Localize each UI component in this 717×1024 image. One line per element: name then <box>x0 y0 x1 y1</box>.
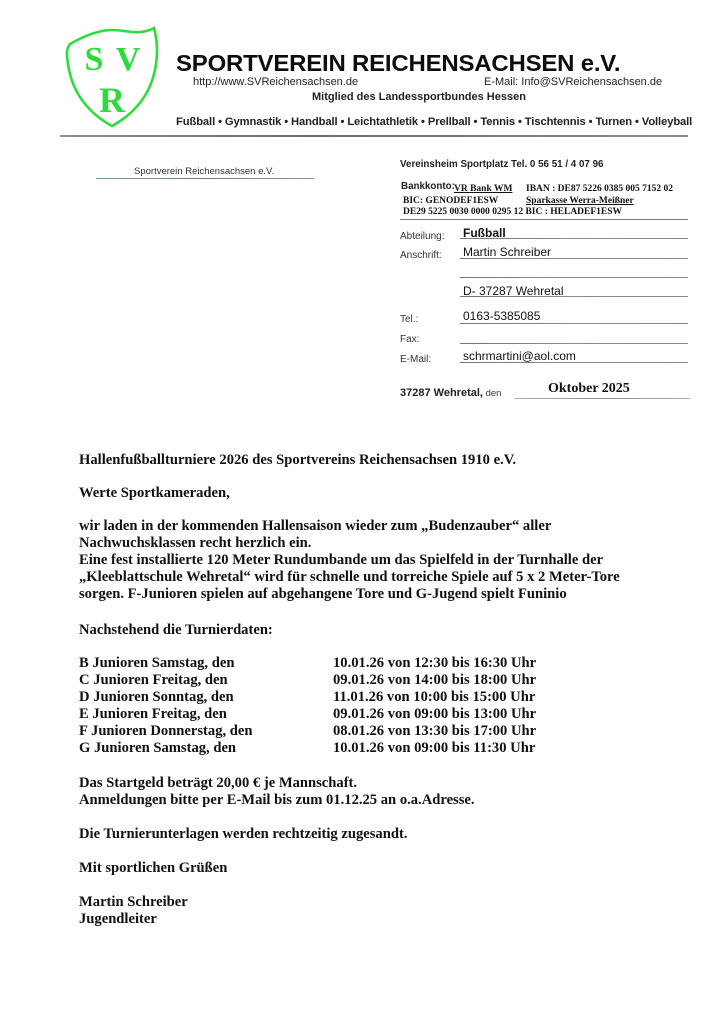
club-membership: Mitglied des Landessportbundes Hessen <box>312 91 526 103</box>
bank1-name: VR Bank WM <box>454 184 512 194</box>
closing: Mit sportlichen Grüßen <box>79 860 227 877</box>
schedule-team: C Junioren Freitag, den <box>79 672 228 689</box>
signature-title: Jugendleiter <box>79 911 157 928</box>
paragraph-line: „Kleeblattschule Wehretal“ wird für schn… <box>79 569 620 586</box>
fax-line <box>460 343 688 344</box>
schedule-time: 09.01.26 von 09:00 bis 13:00 Uhr <box>333 706 536 723</box>
department-label: Abteilung: <box>400 231 444 242</box>
bank-divider <box>400 219 688 220</box>
email-label: E-Mail: <box>400 354 431 365</box>
logo-letter-s: S <box>85 41 104 78</box>
phone-line <box>460 323 688 324</box>
email-value: schrmartini@aol.com <box>463 349 576 363</box>
documents-note: Die Turnierunterlagen werden rechtzeitig… <box>79 826 407 843</box>
signature-name: Martin Schreiber <box>79 894 188 911</box>
logo-letter-r: R <box>99 80 126 120</box>
address-label: Anschrift: <box>400 250 442 261</box>
address-line-1: Martin Schreiber <box>463 245 551 259</box>
bank-label: Bankkonto: <box>401 181 455 192</box>
club-website: http://www.SVReichensachsen.de <box>193 76 358 88</box>
header-divider <box>60 135 688 137</box>
registration-note: Anmeldungen bitte per E-Mail bis zum 01.… <box>79 792 475 809</box>
return-address-divider <box>96 178 314 179</box>
schedule-time: 08.01.26 von 13:30 bis 17:00 Uhr <box>333 723 536 740</box>
schedule-team: E Junioren Freitag, den <box>79 706 227 723</box>
bank1-iban: IBAN : DE87 5226 0385 005 7152 02 <box>526 184 673 194</box>
letter-date: Oktober 2025 <box>548 381 630 397</box>
bank2-iban-bic: DE29 5225 0030 0000 0295 12 BIC : HELADE… <box>403 207 622 217</box>
logo-letter-v: V <box>116 41 141 78</box>
paragraph-line: Nachwuchsklassen recht herzlich ein. <box>79 535 311 552</box>
fax-label: Fax: <box>400 334 419 345</box>
place: 37287 Wehretal, <box>400 387 483 399</box>
address-line-1-rule <box>460 258 688 259</box>
paragraph-line: Eine fest installierte 120 Meter Rundumb… <box>79 552 603 569</box>
clubhouse-phone: Vereinsheim Sportplatz Tel. 0 56 51 / 4 … <box>400 159 603 170</box>
schedule-time: 10.01.26 von 12:30 bis 16:30 Uhr <box>333 655 536 672</box>
phone-value: 0163-5385085 <box>463 309 540 323</box>
return-address: Sportverein Reichensachsen e.V. <box>134 166 274 177</box>
email-line <box>460 362 688 363</box>
department-line <box>460 238 688 239</box>
letter-salutation: Werte Sportkameraden, <box>79 485 230 502</box>
address-line-2-rule <box>460 277 688 278</box>
schedule-time: 11.01.26 von 10:00 bis 15:00 Uhr <box>333 689 535 706</box>
bank1-bic: BIC: GENODEF1ESW <box>403 196 498 206</box>
schedule-team: D Junioren Sonntag, den <box>79 689 234 706</box>
schedule-team: G Junioren Samstag, den <box>79 740 236 757</box>
club-email: E-Mail: Info@SVReichensachsen.de <box>484 76 662 88</box>
bank2-name: Sparkasse Werra-Meißner <box>526 196 634 206</box>
letter-subject: Hallenfußballturniere 2026 des Sportvere… <box>79 452 516 469</box>
schedule-intro: Nachstehend die Turnierdaten: <box>79 622 273 639</box>
paragraph-line: wir laden in der kommenden Hallensaison … <box>79 518 551 535</box>
schedule-time: 10.01.26 von 09:00 bis 11:30 Uhr <box>333 740 535 757</box>
place-suffix: den <box>483 388 502 399</box>
sports-list: Fußball • Gymnastik • Handball • Leichta… <box>176 116 692 128</box>
schedule-team: B Junioren Samstag, den <box>79 655 234 672</box>
club-name: SPORTVEREIN REICHENSACHSEN e.V. <box>176 50 620 77</box>
entry-fee: Das Startgeld beträgt 20,00 € je Mannsch… <box>79 775 357 792</box>
schedule-team: F Junioren Donnerstag, den <box>79 723 253 740</box>
schedule-time: 09.01.26 von 14:00 bis 18:00 Uhr <box>333 672 536 689</box>
phone-label: Tel.: <box>400 314 418 325</box>
address-line-3-rule <box>460 296 688 297</box>
date-line <box>514 398 690 399</box>
club-shield-logo-icon: S V R <box>64 20 160 130</box>
date-place: 37287 Wehretal, den <box>400 387 501 399</box>
paragraph-line: sorgen. F-Junioren spielen auf abgehange… <box>79 586 567 603</box>
